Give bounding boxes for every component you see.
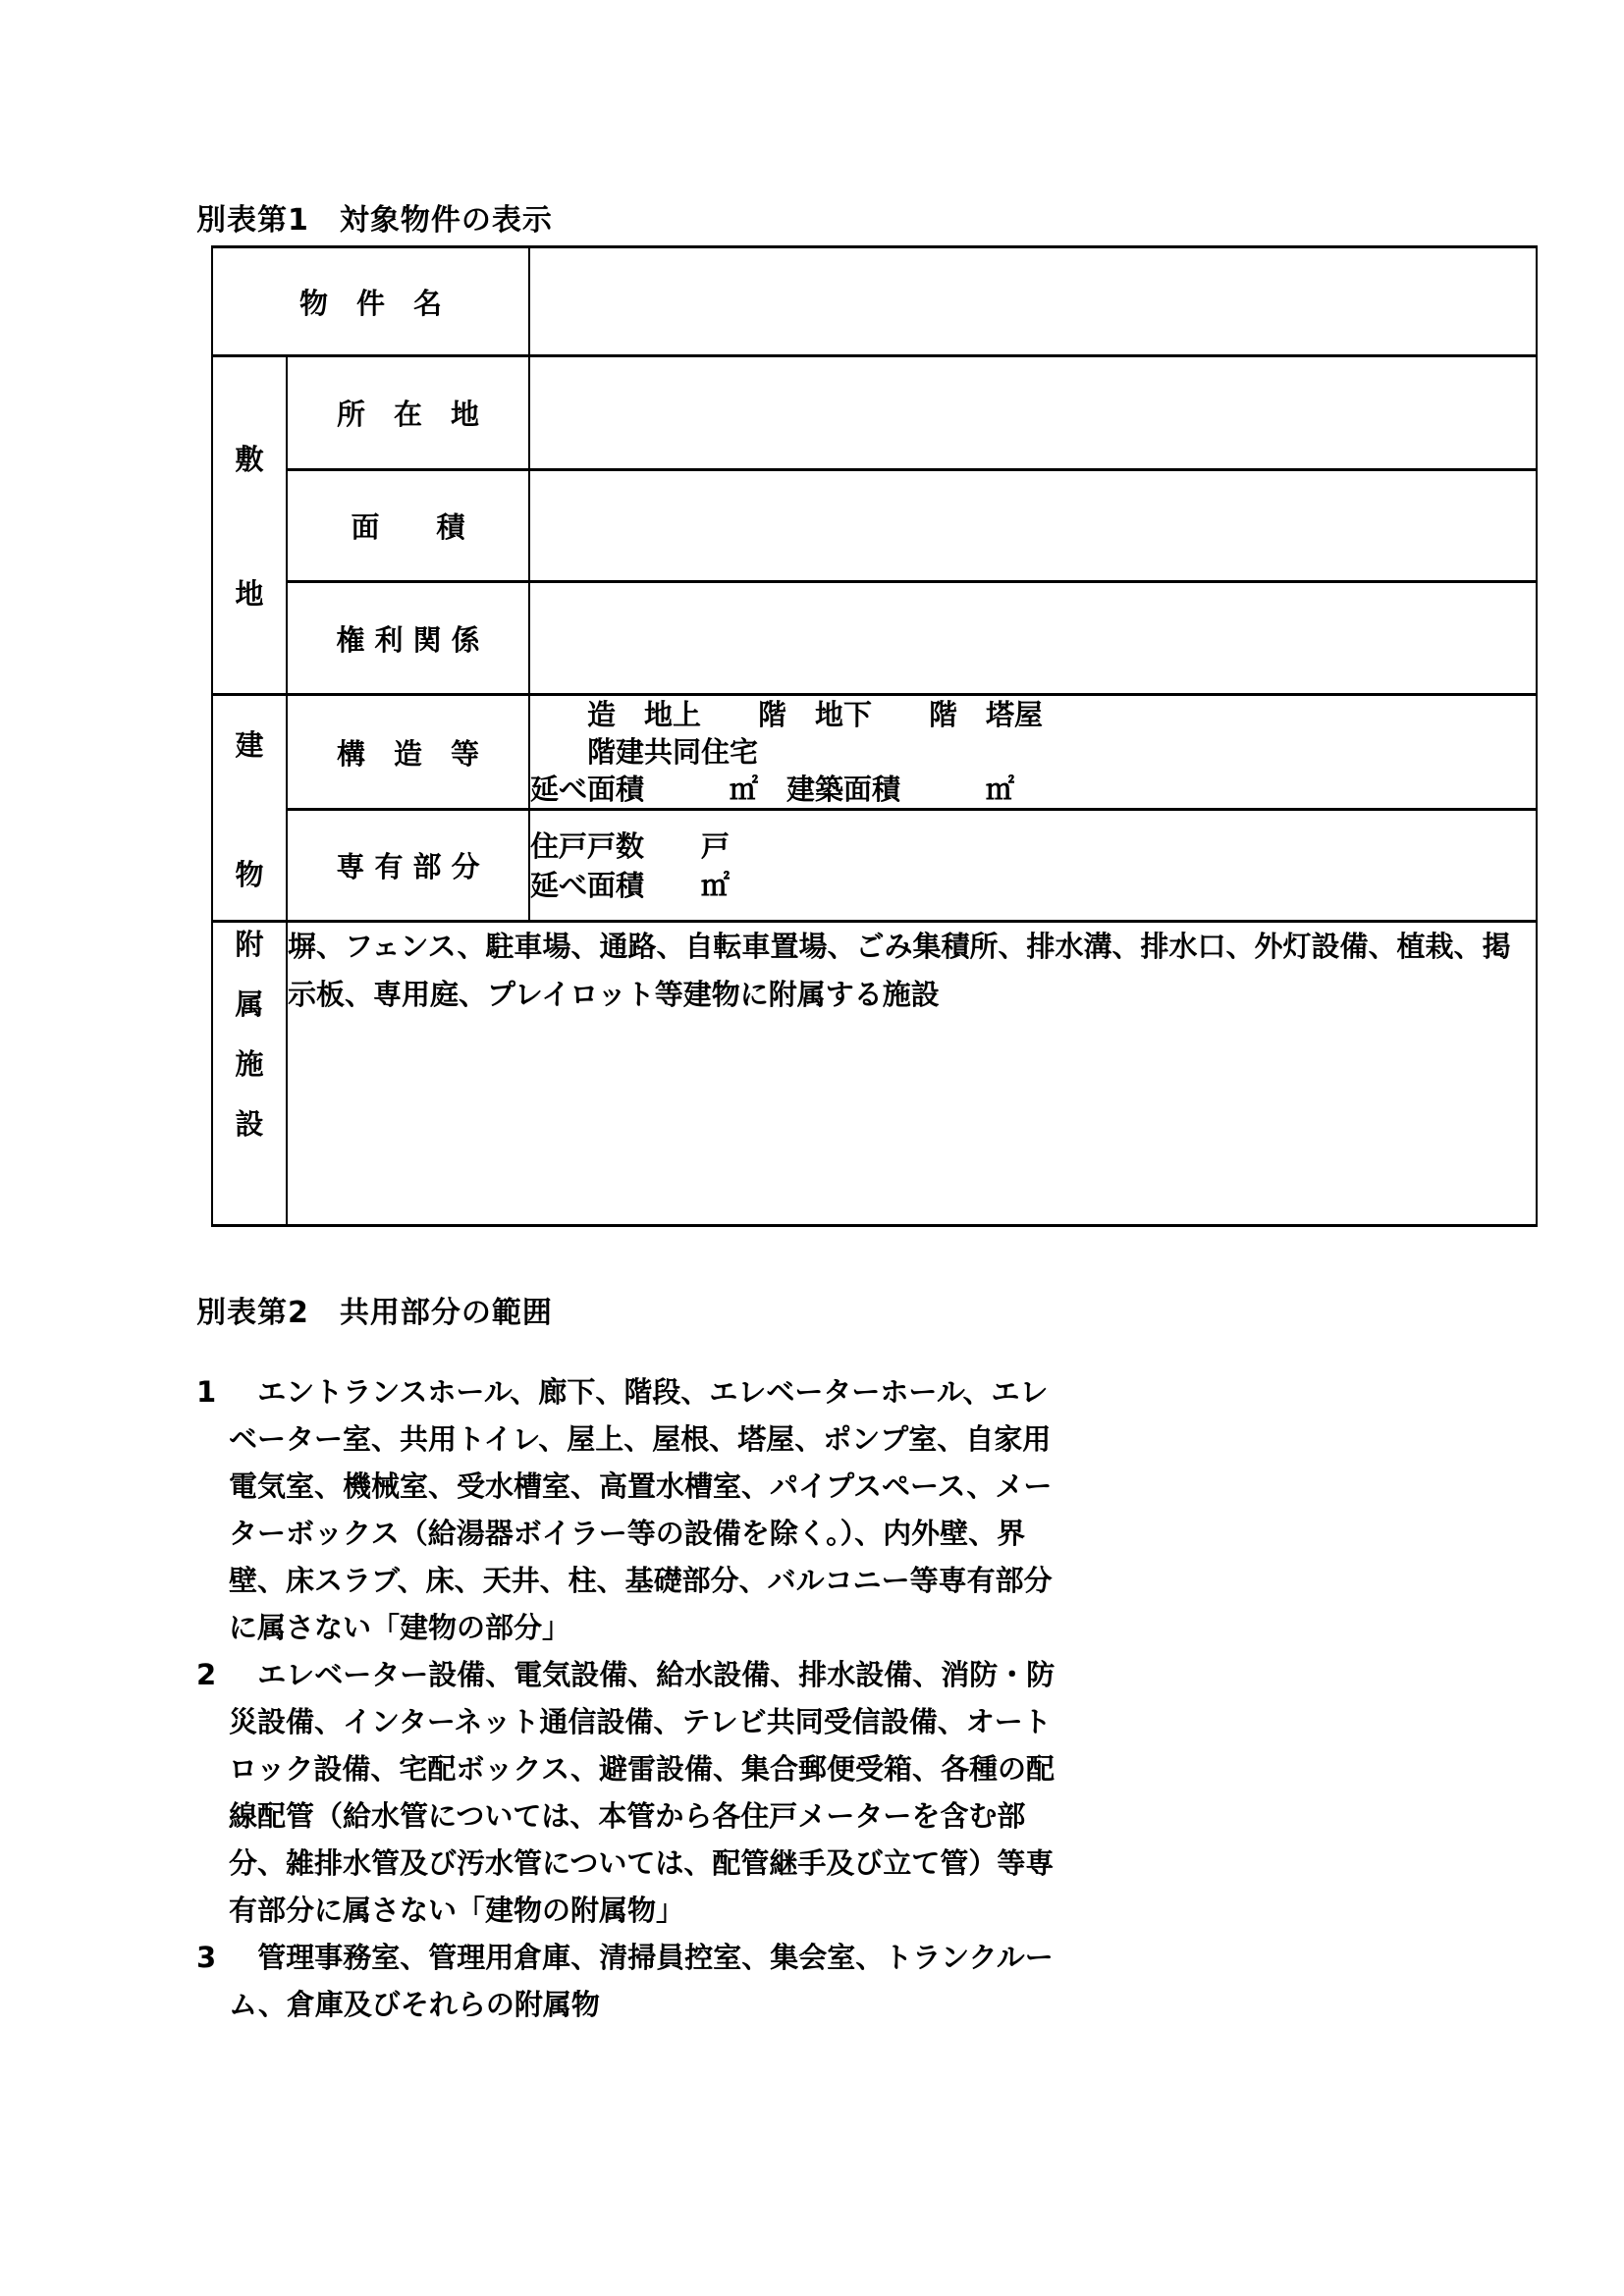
structure-value: 造 地上 階 地下 階 塔屋 階建共同住宅 延べ面積 ㎡ 建築面積 ㎡ [529, 695, 1537, 810]
row-property-name: 物 件 名 [212, 247, 1537, 356]
property-name-value [529, 247, 1537, 356]
row-exclusive-part: 専 有 部 分 住戸戸数 戸 延べ面積 ㎡ [212, 810, 1537, 922]
list-item: 3管理事務室、管理用倉庫、清掃員控室、集会室、トランクルーム、倉庫及びそれらの附… [229, 1934, 1068, 2028]
site-group-label: 敷地 [213, 438, 286, 613]
list-item-number: 3 [196, 1941, 216, 1974]
rights-label: 権 利 関 係 [287, 582, 529, 695]
row-location: 敷地 所 在 地 [212, 356, 1537, 470]
row-site-area: 面 積 [212, 470, 1537, 582]
annex-group-cell: 附属施設 [212, 922, 287, 1226]
site-area-value [529, 470, 1537, 582]
list-item: 1エントランスホール、廊下、階段、エレベーターホール、エレベーター室、共用トイレ… [229, 1368, 1068, 1651]
site-area-label: 面 積 [287, 470, 529, 582]
building-group-cell: 建物 [212, 695, 287, 922]
location-value [529, 356, 1537, 470]
section1-title: 別表第1 対象物件の表示 [196, 203, 553, 239]
row-rights: 権 利 関 係 [212, 582, 1537, 695]
structure-label: 構 造 等 [287, 695, 529, 810]
list-item-number: 1 [196, 1375, 216, 1409]
common-area-list: 1エントランスホール、廊下、階段、エレベーターホール、エレベーター室、共用トイレ… [196, 1368, 1100, 2028]
location-label: 所 在 地 [287, 356, 529, 470]
rights-value [529, 582, 1537, 695]
building-group-label: 建物 [213, 723, 286, 893]
property-table: 物 件 名 敷地 所 在 地 面 積 権 利 関 係 建物 [211, 245, 1538, 1227]
list-item-text: エレベーター設備、電気設備、給水設備、排水設備、消防・防災設備、インターネット通… [229, 1658, 1055, 1927]
row-structure: 建物 構 造 等 造 地上 階 地下 階 塔屋 階建共同住宅 延べ面積 ㎡ 建築… [212, 695, 1537, 810]
document-page: 別表第1 対象物件の表示 物 件 名 敷地 所 在 地 面 積 [0, 0, 1624, 2296]
exclusive-part-value: 住戸戸数 戸 延べ面積 ㎡ [529, 810, 1537, 922]
section2-title: 別表第2 共用部分の範囲 [196, 1296, 553, 1331]
annex-content: 塀、フェンス、駐車場、通路、自転車置場、ごみ集積所、排水溝、排水口、外灯設備、植… [287, 922, 1537, 1226]
list-item-text: 管理事務室、管理用倉庫、清掃員控室、集会室、トランクルーム、倉庫及びそれらの附属… [229, 1941, 1054, 2021]
list-item-text: エントランスホール、廊下、階段、エレベーターホール、エレベーター室、共用トイレ、… [229, 1375, 1053, 1644]
row-annex-facilities: 附属施設 塀、フェンス、駐車場、通路、自転車置場、ごみ集積所、排水溝、排水口、外… [212, 922, 1537, 1226]
exclusive-part-label: 専 有 部 分 [287, 810, 529, 922]
site-group-cell: 敷地 [212, 356, 287, 695]
list-item-number: 2 [196, 1658, 216, 1691]
annex-group-label: 附属施設 [213, 923, 286, 1143]
property-name-label: 物 件 名 [212, 247, 529, 356]
list-item: 2エレベーター設備、電気設備、給水設備、排水設備、消防・防災設備、インターネット… [229, 1651, 1068, 1934]
